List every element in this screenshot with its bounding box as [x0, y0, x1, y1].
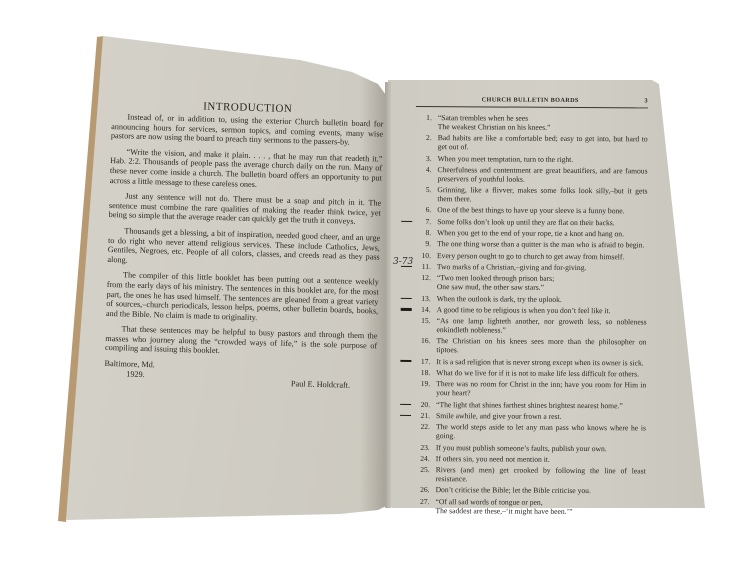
- list-item: 12.“Two men looked through prison bars;O…: [415, 273, 647, 292]
- running-head-title: CHURCH BULLETIN BOARDS: [416, 95, 645, 105]
- list-item: 18.What do we live for if it is not to m…: [414, 368, 646, 378]
- item-number: 14.: [415, 305, 437, 314]
- list-item: 16.The Christian on his knees sees more …: [414, 336, 646, 355]
- item-text: “Satan trembles when he seesThe weakest …: [438, 113, 648, 132]
- list-item: 7.Some folks don’t look up until they ar…: [415, 217, 647, 227]
- list-item: 6.One of the best things to have up your…: [415, 205, 647, 215]
- item-text: Every person ought to go to church to ge…: [437, 251, 647, 261]
- list-item: 20.“The light that shines farthest shine…: [414, 400, 646, 410]
- item-number: 25.: [414, 465, 436, 483]
- item-text: “Two men looked through prison bars;One …: [437, 273, 647, 292]
- item-text: If you must publish someone’s faults, pu…: [436, 443, 646, 453]
- intro-paragraph: “Write the vision, and make it plain. . …: [110, 147, 383, 193]
- list-item: 22.The world steps aside to let any man …: [414, 422, 646, 441]
- item-number: 19.: [414, 379, 436, 397]
- item-text: A good time to be religious is when you …: [437, 305, 647, 315]
- item-text: The Christian on his knees sees more tha…: [436, 337, 646, 356]
- intro-paragraph: Just any sentence will not do. There mus…: [109, 191, 382, 227]
- list-item: 17.It is a sad religion that is never st…: [414, 357, 646, 367]
- item-number: 21.: [414, 411, 436, 420]
- page-number: 3: [644, 96, 648, 105]
- item-text: When you get to the end of your rope, ti…: [437, 228, 647, 238]
- pen-mark: [401, 297, 412, 298]
- running-head: CHURCH BULLETIN BOARDS 3: [416, 95, 648, 108]
- item-number: 8.: [415, 228, 437, 237]
- item-number: 2.: [416, 133, 438, 151]
- item-text: When you meet temptation, turn to the ri…: [438, 154, 648, 164]
- item-text: Bad habits are like a comfortable bed; e…: [438, 133, 648, 152]
- intro-paragraph: That these sentences may be helpful to b…: [105, 324, 378, 360]
- list-item: 8.When you get to the end of your rope, …: [415, 228, 647, 238]
- item-text: Rivers (and men) get crooked by followin…: [436, 465, 646, 484]
- item-text: Grinning, like a flivver, makes some fol…: [437, 185, 647, 204]
- item-number: 4.: [415, 165, 437, 183]
- list-item: 23.If you must publish someone’s faults,…: [414, 443, 646, 453]
- list-item: 26.Don’t criticise the Bible; let the Bi…: [414, 485, 646, 495]
- item-text: It is a sad religion that is never stron…: [436, 357, 646, 367]
- item-number: 22.: [414, 422, 436, 440]
- item-text: Cheerfulness and contentment are great b…: [437, 165, 647, 184]
- item-number: 3.: [416, 154, 438, 163]
- list-item: 9.The one thing worse than a quitter is …: [415, 239, 647, 249]
- item-text: Smile awhile, and give your frown a rest…: [436, 411, 646, 421]
- list-item: 19.There was no room for Christ in the i…: [414, 379, 646, 398]
- item-text: Two marks of a Christian,–giving and for…: [437, 262, 647, 272]
- item-number: 17.: [414, 357, 436, 366]
- introduction-section: INTRODUCTION Instead of, or in addition …: [104, 98, 384, 391]
- list-item: 25.Rivers (and men) get crooked by follo…: [414, 465, 646, 484]
- item-text: Don’t criticise the Bible; let the Bible…: [436, 486, 646, 496]
- item-text: “As one lamp lighteth another, nor growe…: [437, 316, 647, 335]
- item-number: 26.: [414, 485, 436, 494]
- list-item: 1.“Satan trembles when he seesThe weakes…: [416, 113, 648, 132]
- item-number: 16.: [414, 336, 436, 354]
- book-gutter: [385, 82, 391, 508]
- pen-mark: [400, 404, 411, 405]
- item-number: 7.: [415, 217, 437, 226]
- list-item: 27.“Of all sad words of tongue or pen,Th…: [413, 497, 645, 516]
- list-item: 14.A good time to be religious is when y…: [415, 305, 647, 315]
- item-number: 13.: [415, 294, 437, 303]
- sentences-list: 1.“Satan trembles when he seesThe weakes…: [413, 113, 647, 516]
- list-item: 2.Bad habits are like a comfortable bed;…: [416, 133, 648, 152]
- item-text: One of the best things to have up your s…: [437, 206, 647, 216]
- item-text: The one thing worse than a quitter is th…: [437, 240, 647, 250]
- item-text: “The light that shines farthest shines b…: [436, 400, 646, 410]
- list-item: 5.Grinning, like a flivver, makes some f…: [415, 185, 647, 204]
- item-text: When the outlook is dark, try the uplook…: [437, 294, 647, 304]
- item-number: 15.: [415, 316, 437, 334]
- list-item: 11.Two marks of a Christian,–giving and …: [415, 262, 647, 272]
- item-number: 5.: [415, 185, 437, 203]
- pen-mark: [401, 308, 412, 310]
- list-item: 3.When you meet temptation, turn to the …: [416, 154, 648, 164]
- item-text: There was no room for Christ in the inn;…: [436, 379, 646, 398]
- item-number: 12.: [415, 273, 437, 291]
- list-item: 4.Cheerfulness and contentment are great…: [415, 165, 647, 184]
- intro-paragraph: Thousands get a blessing, a bit of inspi…: [107, 226, 380, 272]
- item-text: Some folks don’t look up until they are …: [437, 217, 647, 227]
- item-number: 23.: [414, 443, 436, 452]
- item-text: What do we live for if it is not to make…: [436, 368, 646, 378]
- sentences-list-section: CHURCH BULLETIN BOARDS 3 1.“Satan trembl…: [413, 95, 648, 518]
- item-number: 24.: [414, 454, 436, 463]
- pen-mark: [401, 266, 412, 267]
- list-item: 15.“As one lamp lighteth another, nor gr…: [415, 316, 647, 335]
- list-item: 21.Smile awhile, and give your frown a r…: [414, 411, 646, 421]
- pen-mark: [400, 415, 411, 416]
- item-text: “Of all sad words of tongue or pen,The s…: [435, 497, 645, 516]
- item-text: The world steps aside to let any man pas…: [436, 422, 646, 441]
- pen-mark: [400, 360, 411, 362]
- item-number: 27.: [413, 497, 435, 515]
- list-item: 24.If others sin, you need not mention i…: [414, 454, 646, 464]
- item-text: If others sin, you need not mention it.: [436, 454, 646, 464]
- list-item: 13.When the outlook is dark, try the upl…: [415, 294, 647, 304]
- item-number: 6.: [415, 205, 437, 214]
- item-number: 1.: [416, 113, 438, 131]
- intro-paragraph: The compiler of this little booklet has …: [106, 270, 379, 326]
- item-number: 20.: [414, 400, 436, 409]
- item-number: 9.: [415, 239, 437, 248]
- pen-mark: [401, 221, 412, 222]
- item-number: 18.: [414, 368, 436, 377]
- item-number: 10.: [415, 251, 437, 260]
- item-number: 11.: [415, 262, 437, 271]
- list-item: 10.Every person ought to go to church to…: [415, 251, 647, 261]
